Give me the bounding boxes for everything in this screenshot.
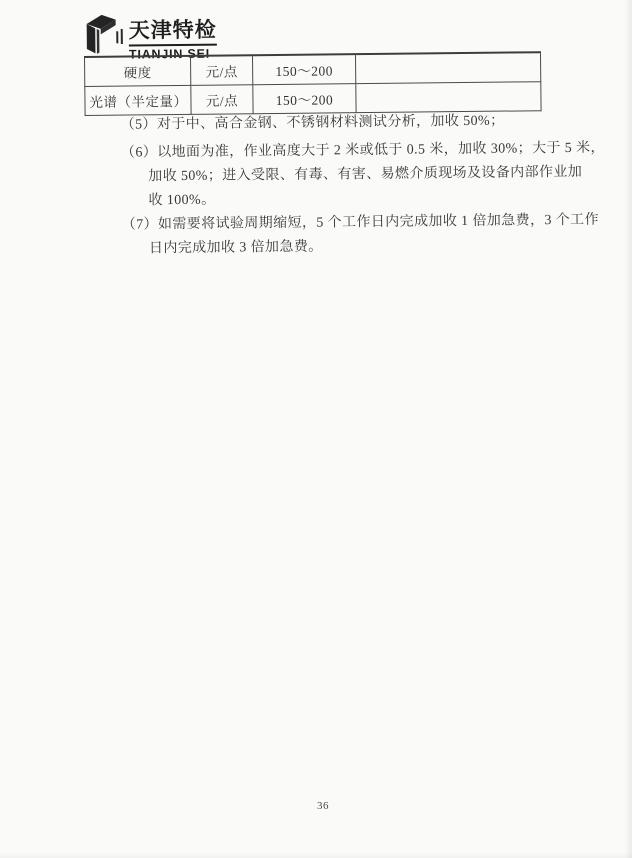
- logo: 天津特检 TIANJIN SEI: [86, 8, 236, 58]
- cell-price: 150～200: [253, 84, 356, 114]
- page-number: 36: [317, 800, 329, 812]
- clause-6-line-2: 加收 50%；进入受限、有毒、有害、易燃介质现场及设备内部作业加: [148, 161, 561, 189]
- cell-unit: 元/点: [190, 55, 252, 85]
- fee-table: 硬度 元/点 150～200 光谱（半定量） 元/点 150～200: [84, 51, 542, 116]
- cell-note: [356, 82, 541, 113]
- logo-title: 天津特检: [129, 19, 217, 47]
- scanned-content: 天津特检 TIANJIN SEI 硬度 元/点 150～200 光谱: [0, 0, 632, 858]
- table-row: 硬度 元/点 150～200: [84, 52, 540, 86]
- clause-7-line-1: （7）如需要将试验周期缩短，5 个工作日内完成加收 1 倍加急费，3 个工作: [122, 209, 562, 238]
- page-footer: 36: [0, 800, 632, 812]
- scan-edge-shadow-bottom: [0, 852, 632, 858]
- scan-edge-shadow-right: [625, 0, 632, 858]
- cell-price: 150～200: [252, 54, 355, 85]
- cell-note: [355, 52, 540, 83]
- cell-unit: 元/点: [191, 85, 253, 115]
- clause-5-line-1: （5）对于中、高合金钢、不锈钢材料测试分析，加收 50%；: [121, 109, 561, 138]
- cell-item: 光谱（半定量）: [85, 85, 191, 115]
- clause-7-line-2: 日内完成加收 3 倍加急费。: [149, 233, 562, 261]
- document-page: 天津特检 TIANJIN SEI 硬度 元/点 150～200 光谱: [0, 0, 632, 858]
- cell-item: 硬度: [84, 56, 190, 87]
- body-text: （5）对于中、高合金钢、不锈钢材料测试分析，加收 50%； （6）以地面为准，作…: [121, 109, 563, 262]
